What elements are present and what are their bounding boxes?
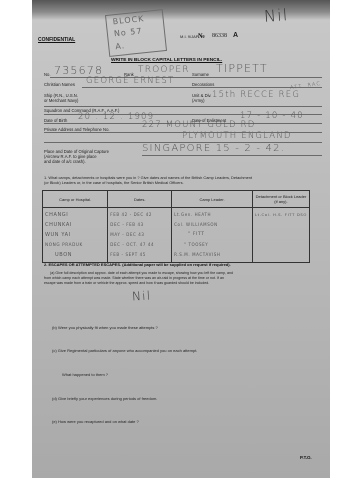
camp-leader: " FITT (174, 230, 250, 240)
block-leader: Lt.Col. H.S. FITT DSO (255, 210, 307, 220)
unit-value: 15th RECCE REG (212, 90, 300, 100)
field-underline (82, 87, 322, 88)
stamp-line-2: No 57 (113, 26, 142, 38)
christian-names-value: GEORGE ERNEST (86, 76, 174, 86)
address-line-1: 227 MOUNT GOLD RD (142, 120, 256, 130)
question-2c-sub: What happened to them ? (62, 372, 108, 377)
block-leader-cell: Lt.Col. H.S. FITT DSO (252, 208, 309, 263)
camp-dates: FEB 42 - DEC 42 (110, 210, 169, 220)
question-2a-line-1: (a) Give full description and approx. da… (50, 271, 233, 275)
unit-attached-value: ATT. RAC (290, 81, 322, 91)
form-number: 86338 (212, 33, 227, 39)
camp-name: NONG PRADUK (45, 240, 105, 250)
unit-label-2: (Army) (192, 98, 205, 103)
camps-table-header: Camp or Hospital. Dates. Camp Leader. De… (43, 191, 310, 208)
question-2a-line-2: from which camp each attempt was made. S… (44, 276, 224, 280)
camps-table-body: CHANGI CHUNKAI WUN YAI NONG PRADUK UBON … (43, 208, 310, 263)
col-block-header: Detachment or Block Leader (if any). (252, 191, 309, 208)
stamp-line-3: A. (115, 41, 126, 51)
section-2-heading: 2. ESCAPES OR ATTEMPTED ESCAPES. (Additi… (44, 262, 231, 267)
camps-table: Camp or Hospital. Dates. Camp Leader. De… (42, 190, 310, 263)
question-2b: (b) Were you physically fit when you mad… (52, 325, 158, 330)
ship-label-2: or Merchant Navy) (44, 98, 78, 103)
capture-label-3: and date of a/c crash). (44, 159, 86, 164)
number-symbol: № (198, 32, 205, 40)
form-code: M.I. 9/JAP. (180, 34, 199, 39)
field-underline (44, 106, 322, 107)
camp-leader: R.S.M. MACTAVISH (174, 250, 250, 260)
camp-dates: DEC - FEB 43 (110, 220, 169, 230)
camp-name: CHANGI (45, 210, 105, 220)
field-underline (44, 132, 322, 133)
camp-dates: MAY - DEC 43 (110, 230, 169, 240)
section-1-question-2: (or Block) Leaders or, in the case of ho… (44, 180, 184, 185)
question-2c: (c) Give Regimental particulars of anyon… (52, 348, 197, 353)
handwritten-nil-answer: Nil (132, 289, 152, 304)
surname-value: TIPPETT (216, 62, 268, 75)
camp-cell: CHANGI CHUNKAI WUN YAI NONG PRADUK UBON (43, 208, 108, 263)
christian-names-label: Christian Names (44, 82, 75, 87)
question-2e: (e) How were you recaptured and on what … (52, 419, 139, 424)
camp-name: UBON (45, 250, 105, 260)
field-underline (142, 155, 322, 156)
please-turn-over: P.T.O. (300, 455, 312, 460)
capture-value: SINGAPORE 15 - 2 - 42. (142, 143, 285, 154)
block-stamp: BLOCK No 57 A. (105, 9, 167, 57)
leader-cell: Lt.Gen. HEATH Col. WILLIAMSON " FITT " T… (172, 208, 253, 263)
col-leader-header: Camp Leader. (172, 191, 253, 208)
confidential-label: CONFIDENTIAL (38, 37, 75, 43)
rank-value: TROOPER (138, 65, 190, 75)
question-2d: (d) Give briefly your experiences during… (52, 396, 157, 401)
camp-leader: Col. WILLIAMSON (174, 220, 250, 230)
camp-leader: " TOOSEY (174, 240, 250, 250)
camp-name: CHUNKAI (45, 220, 105, 230)
col-camp-header: Camp or Hospital. (43, 191, 108, 208)
pow-questionnaire-form: CONFIDENTIAL BLOCK No 57 A. Nil M.I. 9/J… (32, 0, 330, 478)
col-dates-header: Dates. (108, 191, 172, 208)
handwritten-nil-top: Nil (263, 5, 289, 26)
dates-cell: FEB 42 - DEC 42 DEC - FEB 43 MAY - DEC 4… (108, 208, 172, 263)
camp-name: WUN YAI (45, 230, 105, 240)
camp-leader: Lt.Gen. HEATH (174, 210, 250, 220)
question-2a-line-3: escape was made from a train or vehicle … (44, 281, 209, 285)
block-capitals-instruction: WRITE IN BLOCK CAPITAL LETTERS IN PENCIL… (111, 58, 222, 63)
camp-dates: DEC - OCT. 47 44 (110, 240, 169, 250)
form-suffix: A (233, 32, 238, 39)
camp-dates: FEB - SEPT 45 (110, 250, 169, 260)
stamp-line-1: BLOCK (112, 14, 145, 26)
